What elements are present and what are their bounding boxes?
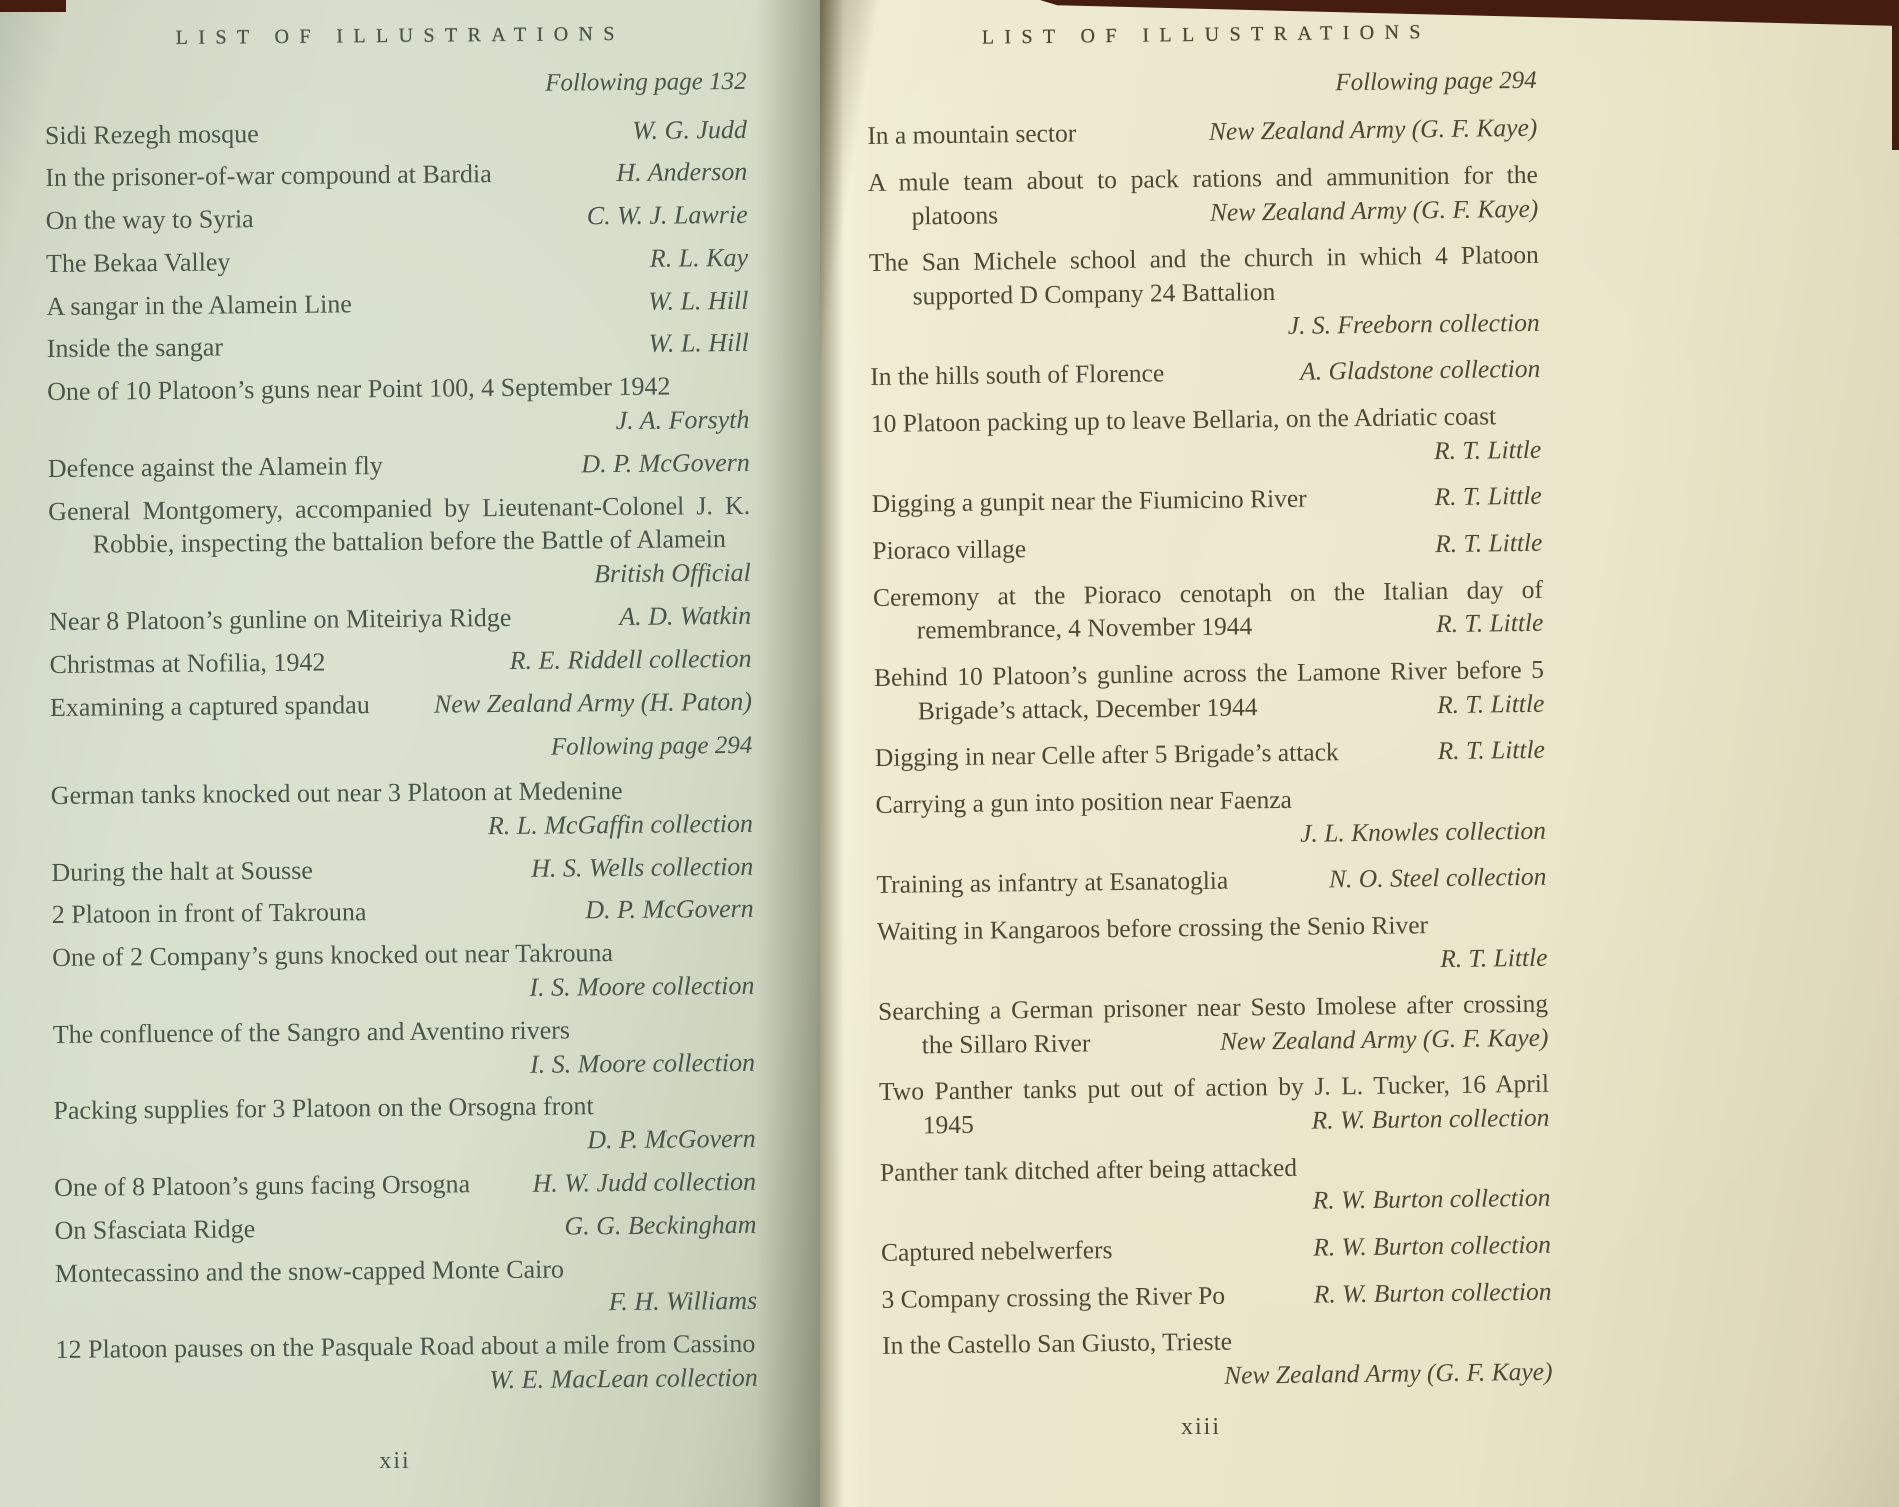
entry-credit-line: J. L. Knowles collection <box>919 813 1546 854</box>
entry-credit: H. W. Judd collection <box>514 1165 756 1201</box>
entry-credit-line: R. W. Burton collection <box>924 1181 1551 1222</box>
photo-backdrop-edge <box>1892 0 1899 150</box>
illustration-entry: Digging in near Celle after 5 Brigade’s … <box>875 733 1545 775</box>
illustration-entry: In a mountain sector New Zealand Army (G… <box>867 111 1537 153</box>
following-page-label: Following page 294 <box>867 64 1537 105</box>
entry-caption: During the halt at Sousse <box>51 855 313 886</box>
entry-caption: Captured nebelwerfers <box>881 1235 1113 1267</box>
illustration-entry: Ceremony at the Pioraco cenotaph on the … <box>873 572 1544 647</box>
illustration-entry: Two Panther tanks put out of action by J… <box>879 1067 1550 1142</box>
entry-caption: A sangar in the Alamein Line <box>46 289 352 321</box>
illustration-entry: The confluence of the Sangro and Aventin… <box>53 1012 756 1086</box>
entry-caption: The San Michele school and the church in… <box>869 240 1539 310</box>
entry-caption: Defence against the Alamein fly <box>48 451 383 483</box>
entry-caption: Pioraco village <box>872 534 1026 565</box>
page-number: xii <box>44 1448 746 1475</box>
entry-credit: R. T. Little <box>1416 479 1542 514</box>
illustration-entry: The San Michele school and the church in… <box>869 238 1540 347</box>
illustration-entry: Captured nebelwerfers R. W. Burton colle… <box>881 1228 1551 1270</box>
entry-credit: H. S. Wells collection <box>513 849 753 885</box>
entry-credit: R. E. Riddell collection <box>492 642 752 678</box>
entry-caption: In the Castello San Giusto, Trieste <box>882 1327 1232 1360</box>
entry-caption: General Montgomery, accompanied by Lieut… <box>48 491 750 560</box>
entry-credit: G. G. Beckingham <box>546 1208 756 1244</box>
left-page: LIST OF ILLUSTRATIONS Following page 132… <box>0 0 820 1507</box>
illustration-entry: Panther tank ditched after being attacke… <box>880 1148 1551 1223</box>
illustration-entry: One of 10 Platoon’s guns near Point 100,… <box>47 369 750 443</box>
entry-credit: R. W. Burton collection <box>1312 1183 1550 1215</box>
entry-credit: A. D. Watkin <box>601 599 751 634</box>
entry-credit: R. T. Little <box>1419 733 1545 768</box>
entry-credit-line: R. L. McGaffin collection <box>95 807 753 847</box>
entry-caption: Waiting in Kangaroos before crossing the… <box>877 910 1428 946</box>
illustration-entry: Near 8 Platoon’s gunline on Miteiriya Ri… <box>49 599 751 639</box>
entry-caption: Packing supplies for 3 Platoon on the Or… <box>53 1092 593 1126</box>
entry-credit: J. A. Forsyth <box>615 405 749 435</box>
entry-credit: R. L. McGaffin collection <box>488 809 753 840</box>
entry-credit: New Zealand Army (G. F. Kaye) <box>1191 111 1538 149</box>
page-title: LIST OF ILLUSTRATIONS <box>44 20 746 52</box>
entry-credit: D. P. McGovern <box>567 892 754 927</box>
entry-credit-line: J. A. Forsyth <box>92 403 750 443</box>
illustration-entry: Training as infantry at Esanatoglia N. O… <box>876 860 1546 902</box>
entry-credit: New Zealand Army (G. F. Kaye) <box>1192 192 1539 230</box>
illustration-entry: Behind 10 Platoon’s gunline across the L… <box>874 653 1545 728</box>
entry-credit-line: New Zealand Army (G. F. Kaye) <box>926 1355 1553 1396</box>
right-page-content: LIST OF ILLUSTRATIONS Following page 294… <box>866 18 1553 1410</box>
entry-caption: One of 8 Platoon’s guns facing Orsogna <box>54 1169 470 1202</box>
entry-caption: Digging a gunpit near the Fiumicino Rive… <box>872 484 1307 518</box>
following-page-label: Following page 132 <box>44 66 746 105</box>
following-page-label: Following page 294 <box>50 730 752 769</box>
entry-credit: R. T. Little <box>1417 526 1543 561</box>
illustration-entry: One of 2 Company’s guns knocked out near… <box>52 935 755 1009</box>
entry-caption: 2 Platoon in front of Takrouna <box>52 898 367 930</box>
illustration-entry: Defence against the Alamein fly D. P. Mc… <box>48 446 750 486</box>
illustration-entry: Pioraco village R. T. Little <box>872 526 1542 568</box>
entry-caption: 3 Company crossing the River Po <box>881 1280 1225 1313</box>
entry-caption: The confluence of the Sangro and Aventin… <box>53 1015 570 1049</box>
entry-caption: In a mountain sector <box>867 119 1076 151</box>
illustration-entry: Inside the sangar W. L. Hill <box>47 326 749 366</box>
illustration-entry: Carrying a gun into position near Faenza… <box>875 780 1546 855</box>
illustration-entry: A sangar in the Alamein Line W. L. Hill <box>46 284 748 324</box>
entry-credit: J. S. Freeborn collection <box>1288 307 1540 339</box>
entry-caption: Montecassino and the snow-capped Monte C… <box>55 1254 564 1287</box>
illustration-entry: The Bekaa Valley R. L. Kay <box>46 241 748 281</box>
entry-credit: W. G. Judd <box>614 112 747 147</box>
entry-credit-line: F. H. Williams <box>99 1284 757 1324</box>
entry-credit-line: I. S. Moore collection <box>97 1045 755 1085</box>
entry-credit: I. S. Moore collection <box>530 1047 755 1078</box>
entry-credit: R. T. Little <box>1440 942 1548 972</box>
entry-credit-line: J. S. Freeborn collection <box>913 305 1540 346</box>
photo-backdrop-edge <box>0 0 66 12</box>
entry-caption: In the hills south of Florence <box>870 359 1164 392</box>
entry-credit: New Zealand Army (G. F. Kaye) <box>1224 1357 1553 1390</box>
page-title: LIST OF ILLUSTRATIONS <box>866 18 1536 53</box>
entry-caption: On the way to Syria <box>46 204 254 235</box>
entry-credit: F. H. Williams <box>609 1286 758 1316</box>
illustration-entry: Christmas at Nofilia, 1942 R. E. Riddell… <box>49 642 751 682</box>
entry-credit: R. T. Little <box>1434 434 1542 464</box>
illustration-entry: In the Castello San Giusto, TriesteNew Z… <box>882 1321 1553 1396</box>
entry-credit: I. S. Moore collection <box>529 971 754 1002</box>
entry-credit: R. T. Little <box>1419 686 1545 721</box>
entry-caption: Near 8 Platoon’s gunline on Miteiriya Ri… <box>49 603 511 636</box>
entry-credit: A. Gladstone collection <box>1282 352 1540 389</box>
illustration-entry: Waiting in Kangaroos before crossing the… <box>877 907 1548 982</box>
entry-credit: H. Anderson <box>598 155 747 190</box>
illustration-entry: Searching a German prisoner near Sesto I… <box>878 987 1549 1062</box>
illustration-entry: General Montgomery, accompanied by Lieut… <box>48 489 751 597</box>
illustration-entry: German tanks knocked out near 3 Platoon … <box>51 773 754 847</box>
entry-caption: Examining a captured spandau <box>50 690 370 722</box>
illustration-entry: In the hills south of Florence A. Gladst… <box>870 352 1540 394</box>
entry-credit: R. W. Burton collection <box>1295 1228 1551 1265</box>
entry-credit: N. O. Steel collection <box>1311 860 1547 897</box>
illustration-entry: Montecassino and the snow-capped Monte C… <box>55 1250 758 1324</box>
entry-credit: W. E. MacLean collection <box>471 1361 758 1397</box>
illustration-entry: Examining a captured spandau New Zealand… <box>50 685 752 725</box>
entry-caption: On Sfasciata Ridge <box>54 1214 255 1245</box>
entry-caption: Carrying a gun into position near Faenza <box>875 785 1292 819</box>
illustration-entry: During the halt at Sousse H. S. Wells co… <box>51 849 753 889</box>
illustration-entry: Packing supplies for 3 Platoon on the Or… <box>53 1088 756 1162</box>
illustration-entry: 10 Platoon packing up to leave Bellaria,… <box>871 399 1542 474</box>
entry-caption: Inside the sangar <box>47 333 223 364</box>
illustration-entry: On Sfasciata Ridge G. G. Beckingham <box>54 1208 756 1248</box>
entry-credit-line: R. T. Little <box>914 432 1541 473</box>
illustration-entry: A mule team about to pack rations and am… <box>868 158 1539 233</box>
entry-credit: R. T. Little <box>1418 606 1544 641</box>
entry-credit: W. L. Hill <box>630 326 748 361</box>
illustration-entry: One of 8 Platoon’s guns facing Orsogna H… <box>54 1165 756 1205</box>
entry-caption: Panther tank ditched after being attacke… <box>880 1153 1297 1187</box>
illustration-entry: On the way to Syria C. W. J. Lawrie <box>46 198 748 238</box>
left-page-content: LIST OF ILLUSTRATIONS Following page 132… <box>44 20 758 1410</box>
entry-caption: German tanks knocked out near 3 Platoon … <box>51 776 623 810</box>
entry-credit: J. L. Knowles collection <box>1300 815 1546 847</box>
entry-caption: 10 Platoon packing up to leave Bellaria,… <box>871 401 1497 438</box>
page-number: xiii <box>866 1414 1536 1441</box>
illustration-list: In a mountain sector New Zealand Army (G… <box>867 111 1553 1396</box>
illustration-entry: Digging a gunpit near the Fiumicino Rive… <box>872 479 1542 521</box>
illustration-entry: 2 Platoon in front of Takrouna D. P. McG… <box>52 892 754 932</box>
entry-credit: W. L. Hill <box>630 284 748 319</box>
entry-caption: One of 10 Platoon’s guns near Point 100,… <box>47 372 670 406</box>
illustration-entry: In the prisoner-of-war compound at Bardi… <box>45 155 747 195</box>
illustration-entry: Sidi Rezegh mosque W. G. Judd <box>45 112 747 152</box>
entry-credit: C. W. J. Lawrie <box>569 198 748 233</box>
entry-caption: In the prisoner-of-war compound at Bardi… <box>45 159 492 192</box>
entry-caption: One of 2 Company’s guns knocked out near… <box>52 938 613 972</box>
entry-credit: R. W. Burton collection <box>1296 1274 1552 1311</box>
entry-caption: Sidi Rezegh mosque <box>45 119 259 150</box>
entry-caption: 12 Platoon pauses on the Pasquale Road a… <box>55 1329 755 1364</box>
entry-credit: New Zealand Army (G. F. Kaye) <box>1202 1021 1549 1059</box>
entry-credit-line: R. T. Little <box>921 940 1548 981</box>
entry-caption: Digging in near Celle after 5 Brigade’s … <box>875 738 1339 773</box>
illustration-entry: 12 Platoon pauses on the Pasquale Road a… <box>55 1327 758 1401</box>
entry-caption: Training as infantry at Esanatoglia <box>876 866 1228 899</box>
right-page: LIST OF ILLUSTRATIONS Following page 294… <box>820 0 1899 1507</box>
illustration-entry: 3 Company crossing the River Po R. W. Bu… <box>881 1274 1551 1316</box>
entry-credit: R. L. Kay <box>632 241 749 276</box>
entry-credit: D. P. McGovern <box>587 1124 756 1154</box>
entry-caption: Christmas at Nofilia, 1942 <box>49 647 325 678</box>
entry-credit: New Zealand Army (H. Paton) <box>416 685 752 722</box>
entry-credit-line: D. P. McGovern <box>98 1122 756 1162</box>
illustration-list: Sidi Rezegh mosque W. G. JuddIn the pris… <box>45 112 758 1400</box>
entry-caption: The Bekaa Valley <box>46 247 231 278</box>
entry-credit: R. W. Burton collection <box>1293 1101 1549 1138</box>
book-spread: LIST OF ILLUSTRATIONS Following page 132… <box>0 0 1899 1507</box>
entry-credit: D. P. McGovern <box>563 446 750 481</box>
entry-credit-line: I. S. Moore collection <box>96 969 754 1009</box>
entry-credit: British Official <box>576 556 751 591</box>
